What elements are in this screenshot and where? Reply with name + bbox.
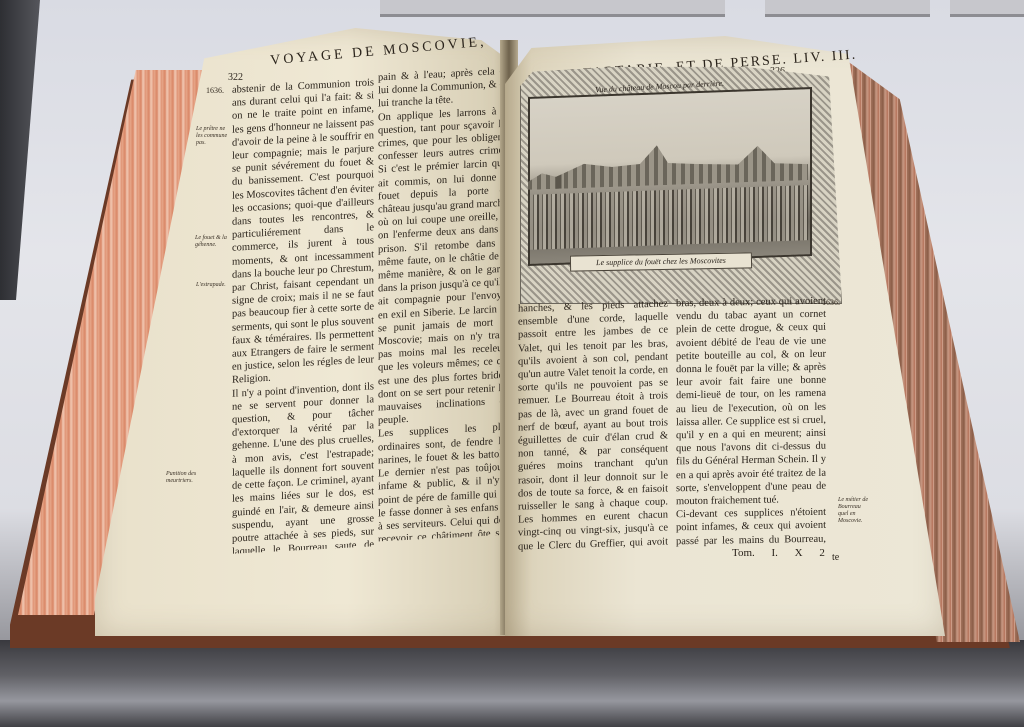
signature-mark: Tom. I. X 2	[732, 547, 825, 559]
left-page-number: 322	[228, 72, 243, 83]
left-margin-note: Le fouet & la géhenne.	[195, 235, 229, 249]
left-margin-note: Le prêtre ne les commune pas.	[196, 126, 230, 147]
dark-cloth-fold	[0, 0, 40, 300]
plate-caption: Le supplice du fouët chez les Moscovites	[570, 252, 752, 271]
left-margin-note: Punition des meurtriers.	[166, 471, 200, 485]
background-book-edge	[950, 0, 1024, 17]
catchword: te	[832, 552, 839, 563]
left-year-note: 1636.	[206, 86, 224, 95]
right-text-column-1: hanches, & les pieds attachez ensemble d…	[518, 297, 668, 552]
book-shadow	[0, 640, 1024, 727]
right-text-column-2: bras, deux à deux; ceux qui avoient vend…	[676, 295, 826, 548]
left-text-column-1: abstenir de la Communion trois ans duran…	[232, 76, 374, 553]
background-book-edge	[380, 0, 725, 17]
background-book-edge	[765, 0, 930, 17]
book-photo-scene: VOYAGE DE MOSCOVIE, 322 1636. Le prêtre …	[0, 0, 1024, 727]
left-margin-note: L'estrapade.	[196, 282, 230, 289]
engraving-crowd	[528, 185, 808, 250]
right-margin-note: Le métier de Bourreau quel en Moscovie.	[838, 497, 872, 525]
left-text-column-2: pain & à l'eau; après cela on lui donne …	[378, 65, 510, 542]
